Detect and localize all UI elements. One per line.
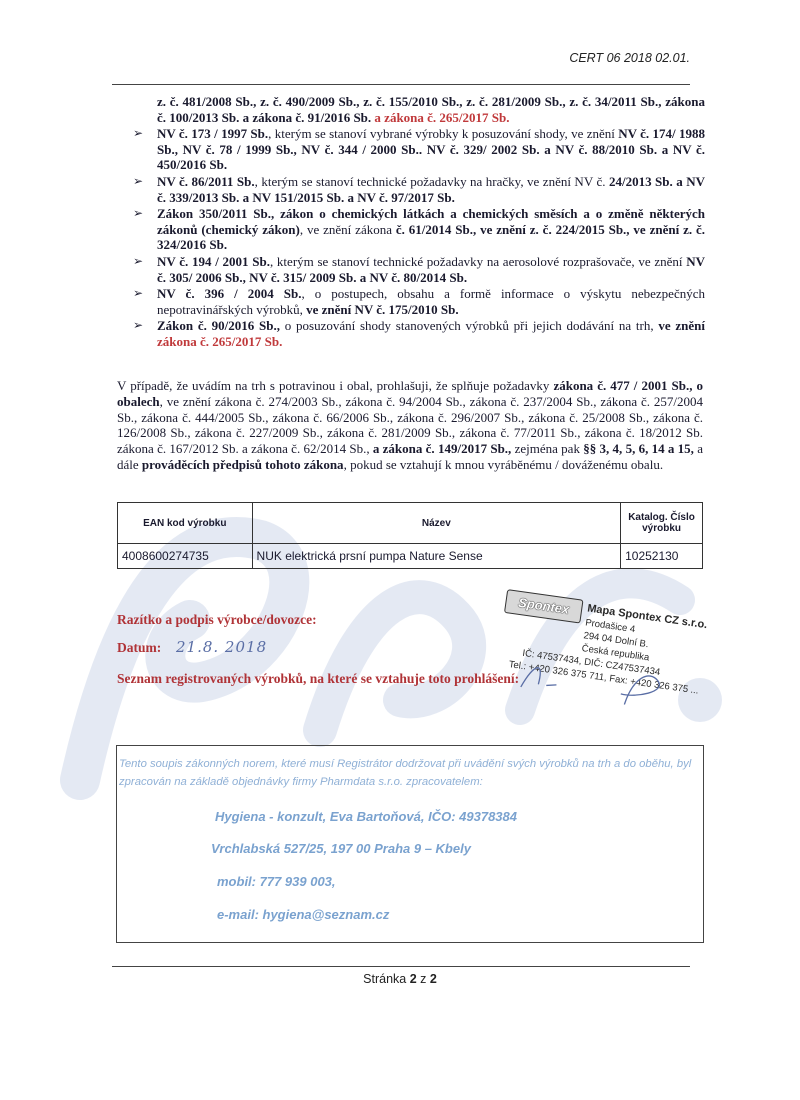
page-prefix: Stránka <box>363 972 410 986</box>
table-row: 4008600274735 NUK elektrická prsní pumpa… <box>118 544 703 569</box>
info-company: Hygiena - konzult, Eva Bartoňová, IČO: 4… <box>215 809 517 824</box>
page-total: 2 <box>430 972 437 986</box>
arrow-bullet-icon: ➢ <box>133 206 143 222</box>
column-header-catalog: Katalog. Číslo výrobku <box>621 503 703 544</box>
arrow-bullet-icon: ➢ <box>133 126 143 142</box>
law-list-item: ➢NV č. 194 / 2001 Sb., kterým se stanoví… <box>133 254 705 285</box>
info-mobile: mobil: 777 939 003, <box>217 874 336 889</box>
cell-ean: 4008600274735 <box>118 544 253 569</box>
law-list-item: ➢Zákon 350/2011 Sb., zákon o chemických … <box>133 206 705 253</box>
page-separator: z <box>417 972 430 986</box>
handwritten-date: 21.8. 2018 <box>176 638 267 656</box>
arrow-bullet-icon: ➢ <box>133 174 143 190</box>
page-current: 2 <box>410 972 417 986</box>
registered-products-label: Seznam registrovaných výrobků, na které … <box>117 671 519 687</box>
processor-info-box: Tento soupis zákonných norem, které musí… <box>116 745 704 943</box>
law-list-item: ➢NV č. 173 / 1997 Sb., kterým se stanoví… <box>133 126 705 173</box>
footer-divider <box>112 966 690 967</box>
date-label: Datum: <box>117 640 161 656</box>
product-table: EAN kod výrobku Název Katalog. Číslo výr… <box>117 502 703 569</box>
arrow-bullet-icon: ➢ <box>133 318 143 334</box>
stamp-signature-label: Razítko a podpis výrobce/dovozce: <box>117 612 317 628</box>
header-divider <box>112 84 690 85</box>
cell-product-name: NUK elektrická prsní pumpa Nature Sense <box>252 544 621 569</box>
law-list: z. č. 481/2008 Sb., z. č. 490/2009 Sb., … <box>133 94 705 350</box>
arrow-bullet-icon: ➢ <box>133 286 143 302</box>
info-address: Vrchlabská 527/25, 197 00 Praha 9 – Kbel… <box>211 841 471 856</box>
info-intro: Tento soupis zákonných norem, které musí… <box>119 755 701 791</box>
law-list-item: ➢NV č. 86/2011 Sb., kterým se stanoví te… <box>133 174 705 205</box>
info-email[interactable]: e-mail: hygiena@seznam.cz <box>217 907 389 922</box>
company-stamp: Spontex Mapa Spontex CZ s.r.o. Prodašice… <box>473 587 717 738</box>
arrow-bullet-icon: ➢ <box>133 254 143 270</box>
law-list-item: ➢NV č. 396 / 2004 Sb., o postupech, obsa… <box>133 286 705 317</box>
cell-catalog-number: 10252130 <box>621 544 703 569</box>
column-header-ean: EAN kod výrobku <box>118 503 253 544</box>
page-number: Stránka 2 z 2 <box>0 972 800 986</box>
law-list-item: ➢Zákon č. 90/2016 Sb., o posuzování shod… <box>133 318 705 349</box>
column-header-name: Název <box>252 503 621 544</box>
law-list-continuation: z. č. 481/2008 Sb., z. č. 490/2009 Sb., … <box>133 94 705 125</box>
document-code: CERT 06 2018 02.01. <box>569 51 690 65</box>
packaging-declaration: V případě, že uvádím na trh s potravinou… <box>117 378 703 473</box>
stamp-logo: Spontex <box>504 589 584 623</box>
